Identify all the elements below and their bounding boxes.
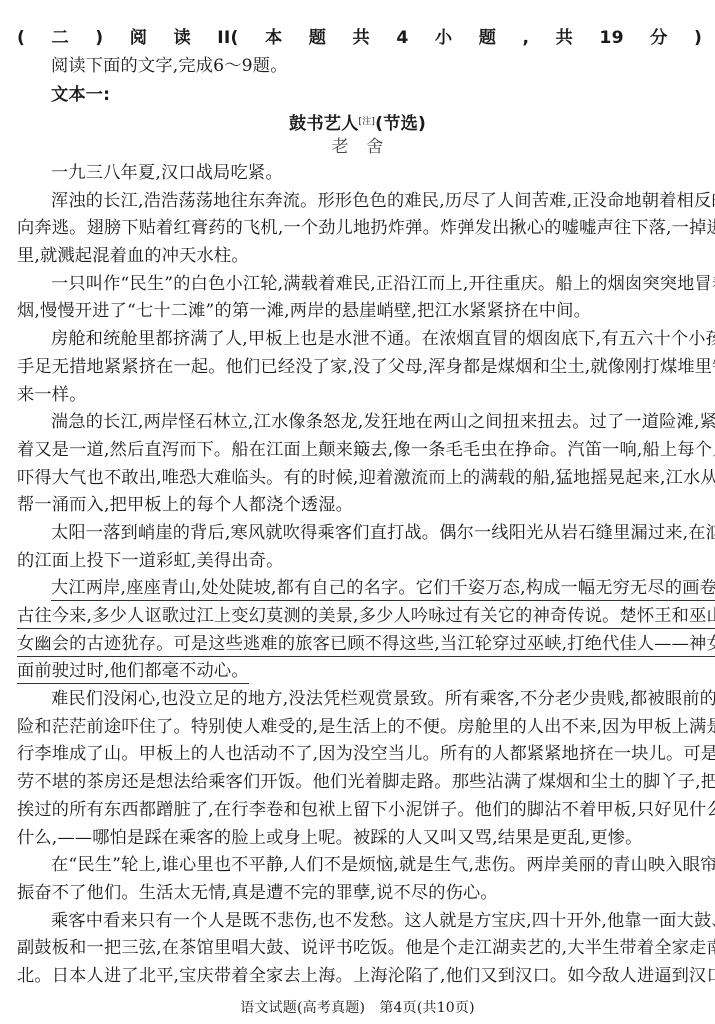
text-line: 房舱和统舱里都挤满了人,甲板上也是水泄不通。在浓烟直冒的烟囱底下,有五六十个小孩… [51,328,702,350]
text-line: 太阳一落到峭崖的背后,寒风就吹得乘客们直打战。偶尔一线阳光从岩石缝里漏过来,在汹… [51,522,702,544]
text-line: 振奋不了他们。生活太无情,真是遭不完的罪孽,说不尽的伤心。 [17,882,498,904]
underlined-passage: 面前驶过时,他们都毫不动心。 [17,661,249,684]
underlined-passage: 大江两岸,座座青山,处处陡坡,都有自己的名字。它们千姿万态,构成一幅无穷无尽的画… [51,578,715,601]
text-label: 文本一: [51,84,110,106]
underlined-passage: 女幽会的古迹犹存。可是这些逃难的旅客已顾不得这些,当江轮穿过巫峡,打绝代佳人——… [17,634,715,657]
text-line: 着又是一道,然后直泻而下。船在江面上颠来簸去,像一条毛毛虫在挣命。汽笛一响,船上… [17,439,702,461]
text-line: 险和茫茫前途吓住了。特别使人难受的,是生活上的不便。房舱里的人出不来,因为甲板上… [17,716,702,738]
page-footer: 语文试题(高考真题) 第4页(共10页) [0,997,715,1019]
text-line: 副鼓板和一把三弦,在茶馆里唱大鼓、说评书吃饭。他是个走江湖卖艺的,大半生带着全家… [17,937,702,959]
text-line: 湍急的长江,两岸怪石林立,江水像条怒龙,发狂地在两山之间扭来扭去。过了一道险滩,… [51,411,702,433]
note-marker: [注] [359,117,376,127]
text-line: 难民们没闲心,也没立足的地方,没法凭栏观赏景致。所有乘客,不分老少贵贱,都被眼前… [51,688,702,710]
text-line: 吓得大气也不敢出,唯恐大难临头。有的时候,迎着激流而上的满载的船,猛地摇晃起来,… [17,467,702,489]
text-line: 里,就溅起混着血的冲天水柱。 [17,245,249,267]
text-line: 乘客中看来只有一个人是既不悲伤,也不发愁。这人就是方宝庆,四十开外,他靠一面大鼓… [51,910,702,932]
article-title: 鼓书艺人[注](节选) [0,113,715,135]
section-header: (二)阅读II(本题共4小题,共19分) [17,27,702,49]
text-line: 挨过的所有东西都蹭脏了,在行李卷和包袱上留下小泥饼子。他们的脚沾不着甲板,只好见… [17,799,702,821]
text-line: 来一样。 [17,384,87,406]
text-line: 在“民生”轮上,谁心里也不平静,人们不是烦恼,就是生气,悲伤。两岸美丽的青山映入… [51,854,702,876]
underlined-passage: 古往今来,多少人讴歌过江上变幻莫测的美景,多少人吟咏过有关它的神奇传说。楚怀王和… [17,606,715,629]
text-line: 女幽会的古迹犹存。可是这些逃难的旅客已顾不得这些,当江轮穿过巫峡,打绝代佳人——… [17,633,702,655]
text-line: 一九三八年夏,汉口战局吃紧。 [51,162,283,184]
text-line: 一只叫作“民生”的白色小江轮,满载着难民,正沿江而上,开往重庆。船上的烟囱突突地… [51,273,702,295]
title-main: 鼓书艺人 [289,114,359,134]
text-line: 的江面上投下一道彩虹,美得出奇。 [17,550,283,572]
text-line: 帮一涌而入,把甲板上的每个人都浇个透湿。 [17,494,353,516]
author: 老 舍 [0,136,715,158]
text-line: 浑浊的长江,浩浩荡荡地往东奔流。形形色色的难民,历尽了人间苦难,正没命地朝着相反… [51,190,702,212]
text-line: 大江两岸,座座青山,处处陡坡,都有自己的名字。它们千姿万态,构成一幅无穷无尽的画… [51,577,702,599]
title-suffix: (节选) [375,114,426,134]
text-line: 手足无措地紧紧挤在一起。他们已经没了家,没了父母,浑身都是煤烟和尘土,就像刚打煤… [17,356,702,378]
text-line: 行李堆成了山。甲板上的人也活动不了,因为没空当儿。所有的人都紧紧地挤在一块儿。可… [17,743,702,765]
text-line: 什么,——哪怕是踩在乘客的脸上或身上呢。被踩的人又叫又骂,结果是更乱,更惨。 [17,827,643,849]
text-line: 劳不堪的茶房还是想法给乘客们开饭。他们光着脚走路。那些沾满了煤烟和尘土的脚丫子,… [17,771,702,793]
text-line: 面前驶过时,他们都毫不动心。 [17,660,249,682]
text-line: 烟,慢慢开进了“七十二滩”的第一滩,两岸的悬崖峭壁,把江水紧紧挤在中间。 [17,300,591,322]
instruction: 阅读下面的文字,完成6～9题。 [51,55,288,77]
text-line: 北。日本人进了北平,宝庆带着全家去上海。上海沦陷了,他们又到汉口。如今敌人进逼到… [17,965,702,987]
text-line: 向奔逃。翅膀下贴着红膏药的飞机,一个劲儿地扔炸弹。炸弹发出揪心的嘘嘘声往下落,一… [17,217,702,239]
text-line: 古往今来,多少人讴歌过江上变幻莫测的美景,多少人吟咏过有关它的神奇传说。楚怀王和… [17,605,702,627]
